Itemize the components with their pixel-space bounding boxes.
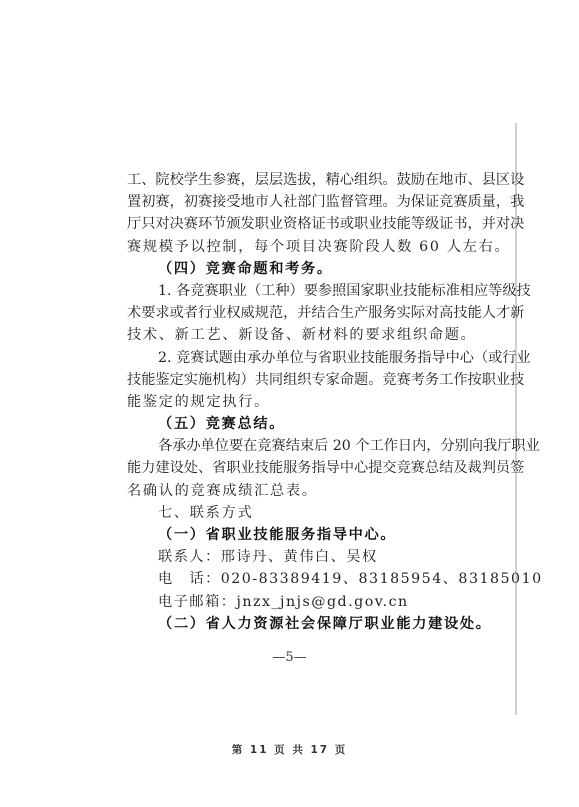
page-edge-divider [515, 123, 517, 715]
contact-org-2: （二）省人力资源社会保障厅职业能力建设处。 [127, 613, 463, 635]
body-line: 1. 各竞赛职业（工种）要参照国家职业技能标准相应等级技 [127, 280, 463, 302]
body-line: 2. 竞赛试题由承办单位与省职业技能服务指导中心（或行业 [127, 347, 463, 369]
body-line: 名确认的竞赛成绩汇总表。 [127, 480, 463, 502]
body-line: 技术、新工艺、新设备、新材料的要求组织命题。 [127, 324, 463, 346]
section-heading-contact: 七、联系方式 [127, 502, 463, 524]
contact-persons: 联系人：邢诗丹、黄伟白、吴权 [127, 546, 463, 568]
contact-org-1: （一）省职业技能服务指导中心。 [127, 524, 463, 546]
body-line: 厅只对决赛环节颁发职业资格证书或职业技能等级证书，并对决 [127, 213, 463, 235]
contact-phone: 电 话：020-83389419、83185954、83185010 [127, 568, 463, 590]
body-line: 置初赛，初赛接受地市人社部门监督管理。为保证竞赛质量，我 [127, 191, 463, 213]
body-line: 工、院校学生参赛，层层选拔，精心组织。鼓励在地市、县区设 [127, 169, 463, 191]
page-indicator: 第 11 页 共 17 页 [0, 742, 579, 757]
body-line: 各承办单位要在竞赛结束后 20 个工作日内，分别向我厅职业 [127, 435, 463, 457]
body-line: 能力建设处、省职业技能服务指导中心提交竞赛总结及裁判员签 [127, 457, 463, 479]
document-page: 工、院校学生参赛，层层选拔，精心组织。鼓励在地市、县区设 置初赛，初赛接受地市人… [0, 0, 579, 807]
page-number: —5— [0, 650, 579, 665]
document-body: 工、院校学生参赛，层层选拔，精心组织。鼓励在地市、县区设 置初赛，初赛接受地市人… [127, 169, 463, 635]
body-line: 能鉴定的规定执行。 [127, 391, 463, 413]
body-line: 技能鉴定实施机构）共同组织专家命题。竞赛考务工作按职业技 [127, 369, 463, 391]
section-heading-exam: （四）竞赛命题和考务。 [127, 258, 463, 280]
body-line: 赛规模予以控制，每个项目决赛阶段人数 60 人左右。 [127, 236, 463, 258]
section-heading-summary: （五）竞赛总结。 [127, 413, 463, 435]
contact-email: 电子邮箱：jnzx_jnjs@gd.gov.cn [127, 591, 463, 613]
body-line: 术要求或者行业权威规范，并结合生产服务实际对高技能人才新 [127, 302, 463, 324]
